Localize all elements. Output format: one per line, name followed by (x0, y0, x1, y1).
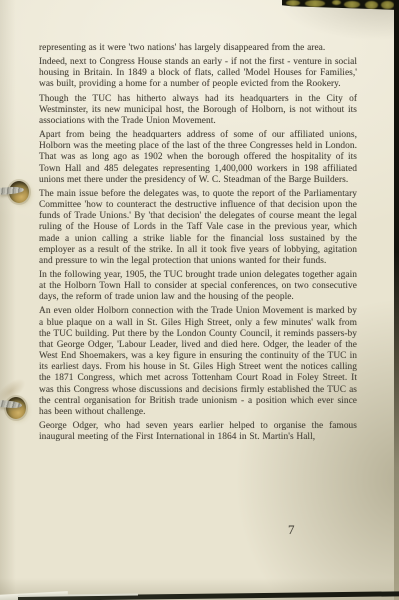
gilt-lettering-blob (381, 1, 394, 9)
gilt-lettering-blob (344, 1, 360, 8)
gilt-lettering-blob (305, 0, 325, 7)
paragraph: An even older Holborn connection with th… (39, 306, 357, 418)
book-edge-right (394, 0, 399, 600)
gilt-lettering-blob (365, 1, 378, 9)
page-number: 7 (288, 522, 295, 538)
under-pages-bottom-edge (0, 586, 399, 600)
text-block: representing as it were 'two nations' ha… (39, 43, 357, 446)
paragraph: The main issue before the delegates was,… (39, 189, 357, 267)
page-sheet: representing as it were 'two nations' ha… (0, 0, 394, 600)
paragraph: representing as it were 'two nations' ha… (39, 43, 357, 54)
paragraph: Though the TUC has hitherto always had i… (39, 94, 357, 127)
paragraph: Indeed, next to Congress House stands an… (39, 57, 357, 90)
gilt-lettering-blob (332, 0, 341, 5)
gilt-lettering-blob (286, 0, 300, 6)
paragraph: George Odger, who had seven years earlie… (39, 421, 357, 443)
paragraph: Apart from being the headquarters addres… (39, 130, 357, 186)
book-page-photo: representing as it were 'two nations' ha… (0, 0, 399, 600)
paragraph: In the following year, 1905, the TUC bro… (39, 270, 357, 303)
